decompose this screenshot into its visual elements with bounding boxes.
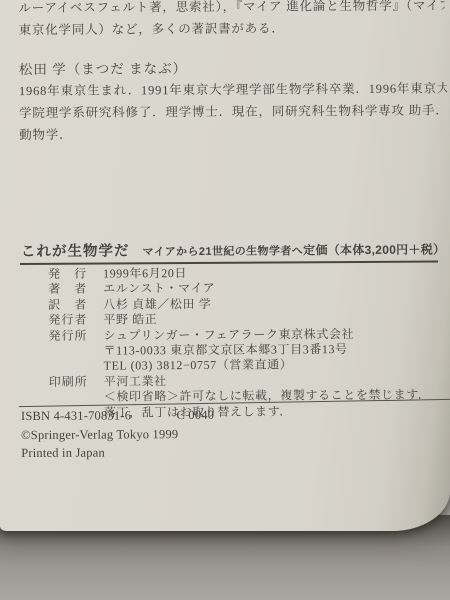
translator-name: 松田 学（まつだ まなぶ）	[19, 55, 439, 78]
book-subtitle: マイアから21世紀の生物学者へ	[142, 242, 303, 259]
colophon-row-label: 印刷所	[49, 374, 95, 390]
colophon-row-label: 訳 者	[48, 297, 94, 313]
prior-works-text: ルーアイベスフェルト著，思索社），『マイア 進化論と生物哲学』（マイア著， 東京…	[18, 0, 444, 41]
translator-bio-line: 動物学．	[19, 121, 447, 146]
colophon-row-label	[49, 359, 95, 375]
colophon-row-value: 1999年6月20日	[103, 266, 187, 282]
page-content: ルーアイベスフェルト著，思索社），『マイア 進化論と生物哲学』（マイア著， 東京…	[0, 0, 450, 531]
colophon-row-label: 発 行	[48, 267, 94, 283]
colophon-row-label: 発行所	[48, 328, 94, 344]
book-photo: ルーアイベスフェルト著，思索社），『マイア 進化論と生物哲学』（マイア著， 東京…	[0, 0, 450, 600]
copyright-text: ©Springer-Verlag Tokyo 1999	[21, 427, 178, 443]
colophon-row-value: 平野 皓正	[103, 312, 157, 328]
colophon-table: 発 行 1999年6月20日 著 者 エルンスト・マイア 訳 者 八杉 貞雄／松…	[48, 264, 450, 421]
colophon-row-label: 著 者	[48, 282, 94, 298]
colophon-row-label	[49, 344, 95, 360]
price-label: 定価（本体3,200円＋税）	[303, 240, 445, 258]
colophon-row-value: TEL (03) 3812−0757（営業直通）	[104, 358, 293, 375]
title-bar: これが生物学だ マイアから21世紀の生物学者へ 定価（本体3,200円＋税）	[21, 238, 438, 262]
colophon-row-label	[49, 390, 95, 406]
translator-bio-line: 1968年東京生まれ．1991年東京大学理学部生物学科卒業．1996年東京大学大	[19, 77, 447, 102]
isbn-text: ISBN 4-431-70831-6	[21, 408, 131, 423]
printed-in-text: Printed in Japan	[21, 446, 105, 462]
translator-bio-text: 1968年東京生まれ．1991年東京大学理学部生物学科卒業．1996年東京大学大…	[19, 77, 447, 146]
translator-bio-line: 学院理学系研究科修了．理学博士．現在，同研究科生物科学専攻 助手．専門は	[19, 99, 447, 124]
colophon-row-value: シュプリンガー・フェアラーク東京株式会社	[103, 327, 354, 344]
colophon-row-value: 平河工業社	[104, 374, 167, 390]
colophon-row-label: 発行者	[48, 313, 94, 329]
c-code-text: C 0040	[176, 408, 214, 422]
colophon-row-value: エルンスト・マイア	[103, 281, 215, 297]
prior-works-line: ルーアイベスフェルト著，思索社），『マイア 進化論と生物哲学』（マイア著，	[18, 0, 444, 19]
book-title: これが生物学だ	[21, 239, 130, 261]
isbn-line: ISBN 4-431-70831-6 C 0040	[21, 408, 214, 424]
colophon-page: ルーアイベスフェルト著，思索社），『マイア 進化論と生物哲学』（マイア著， 東京…	[0, 0, 450, 531]
colophon-row-value: 〒113-0033 東京都文京区本郷3丁目3番13号	[104, 342, 348, 359]
colophon-row-value: 八杉 貞雄／松田 学	[103, 297, 211, 313]
prior-works-line: 東京化学同人）など，多くの著訳書がある．	[19, 16, 445, 41]
